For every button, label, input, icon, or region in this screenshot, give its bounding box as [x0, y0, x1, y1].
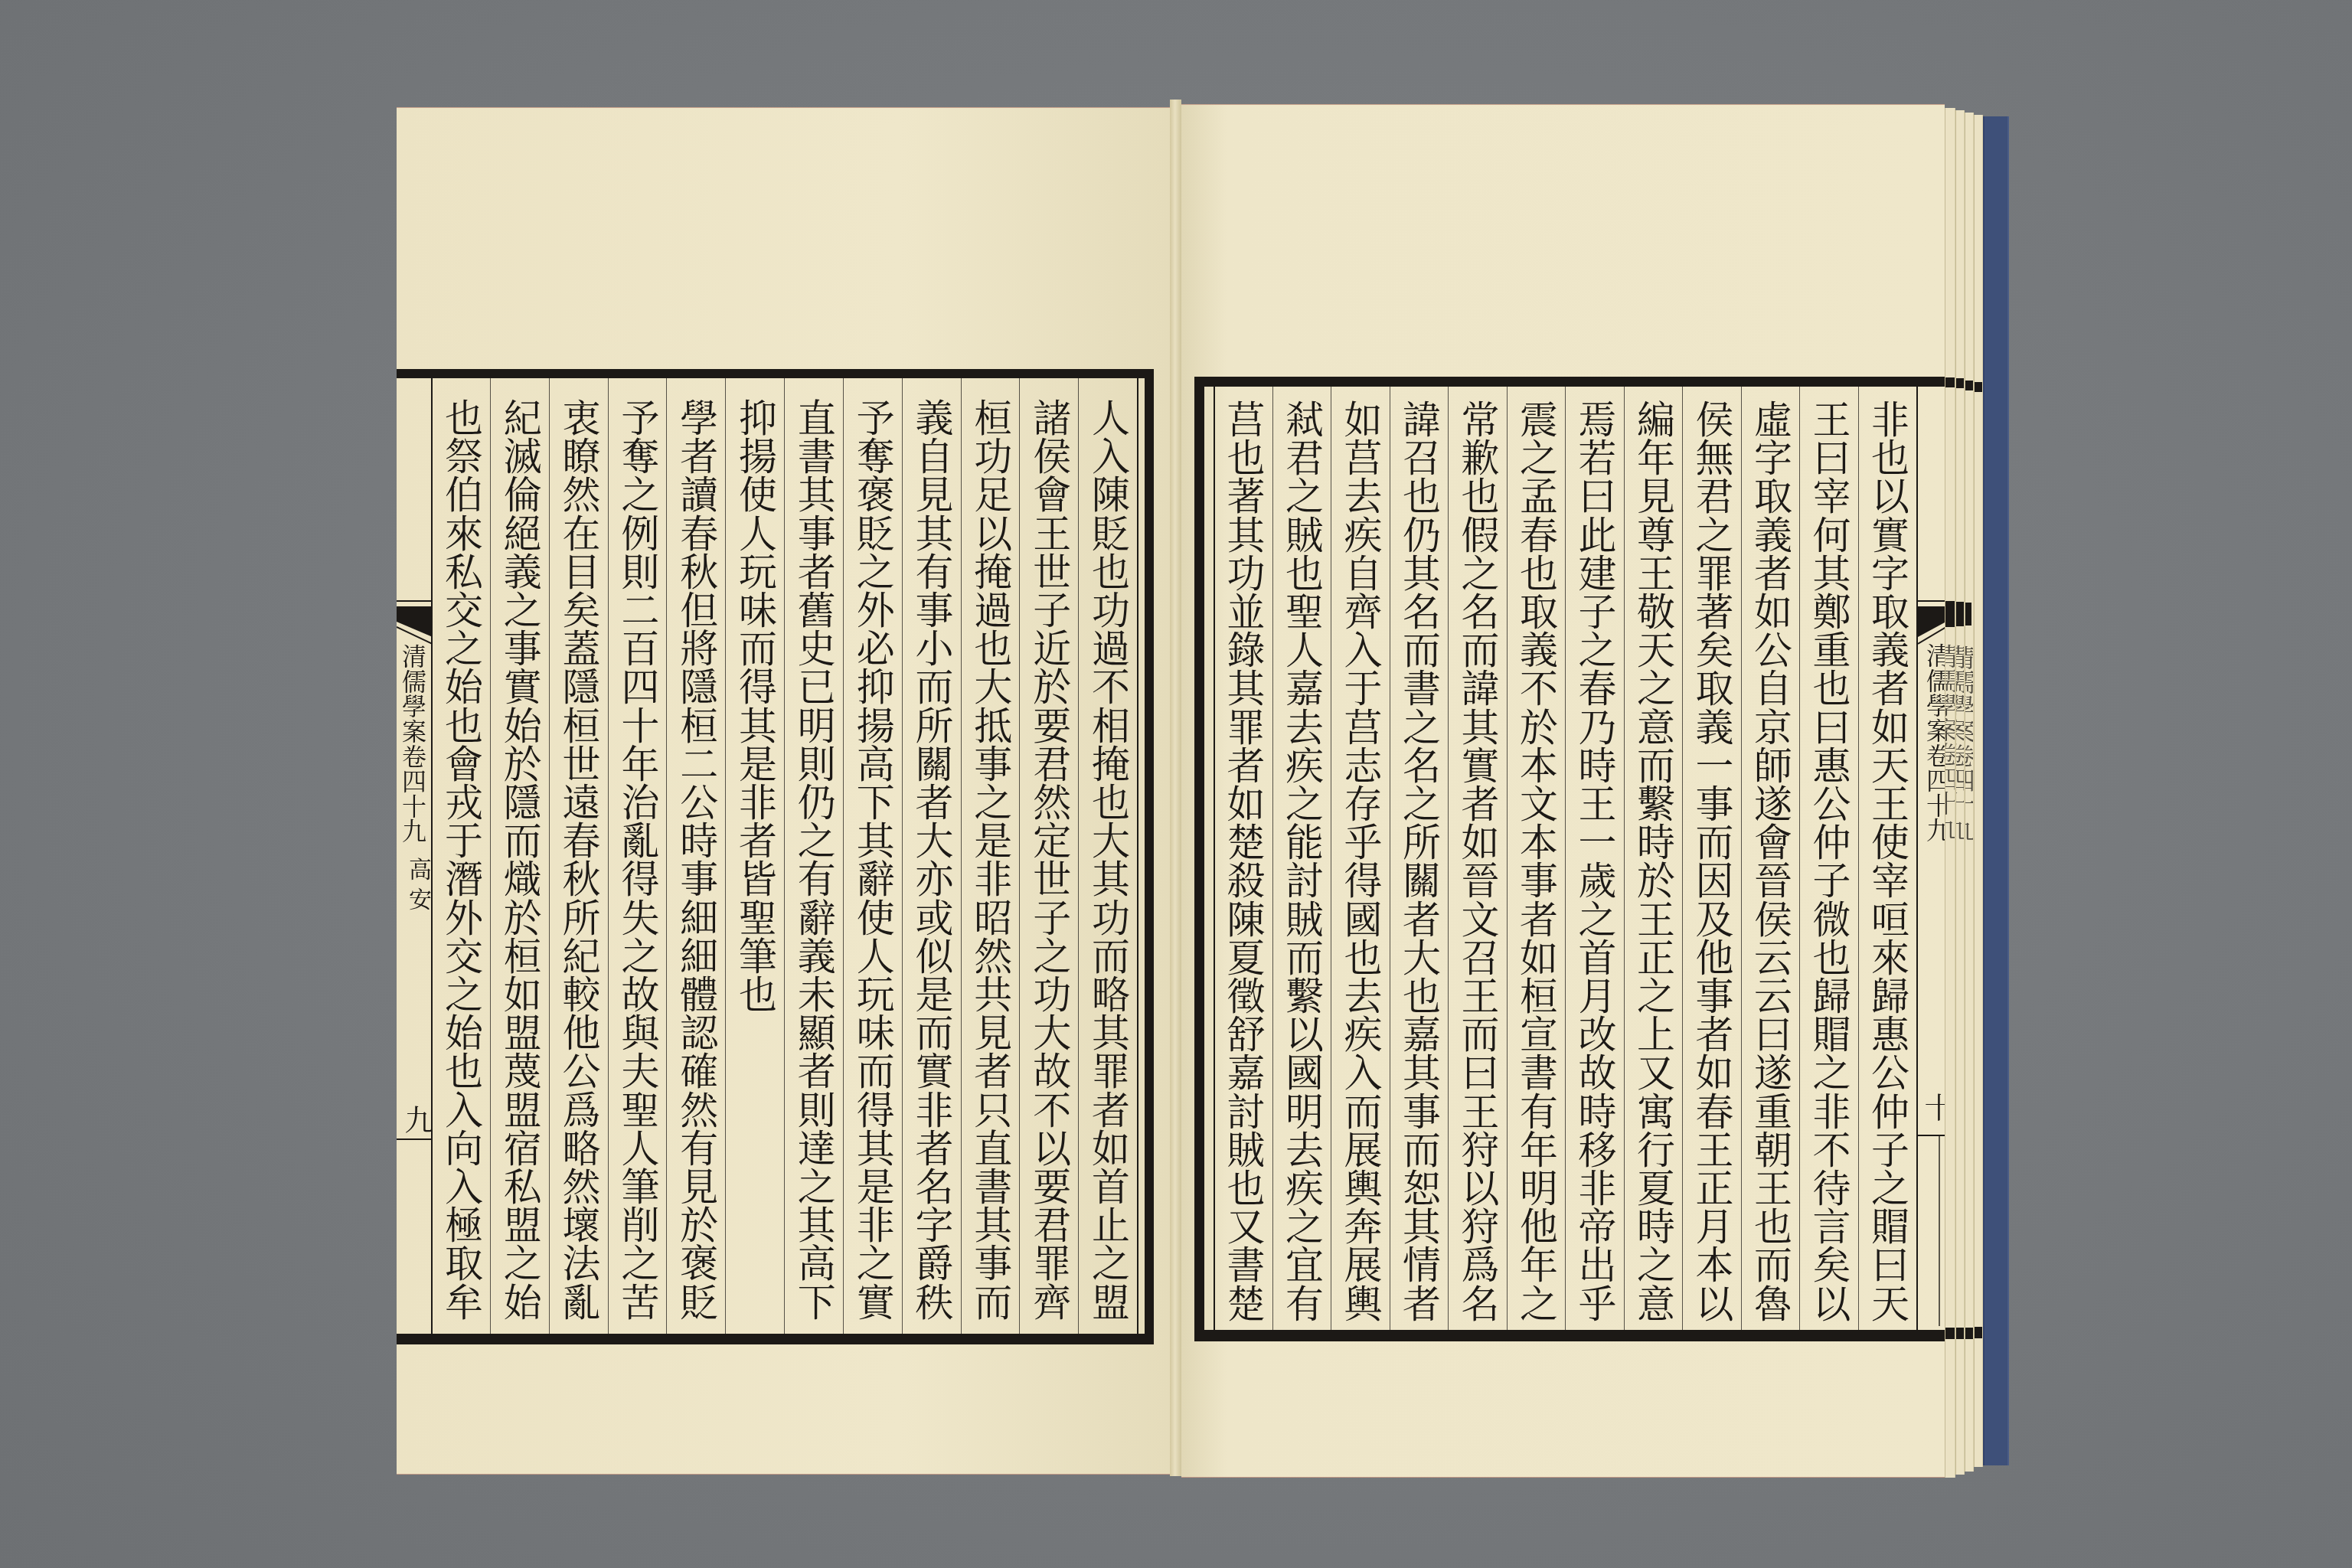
text-column: 抑揚使人玩味而得其是非者皆聖筆也	[725, 378, 784, 1334]
border-stub	[1945, 1328, 1955, 1339]
fore-edge-leaf: 清儒學案卷四十九	[1965, 113, 1974, 1472]
book-gutter	[1170, 100, 1181, 1476]
border-stub	[1975, 1327, 1983, 1338]
text-column: 侯無君之罪著矣取義一事而因及他事者如春王正月本以	[1682, 387, 1741, 1330]
text-column: 非也以實字取義者如天王使宰咺來歸惠公仲子之賵曰天	[1858, 387, 1917, 1330]
text-column: 衷瞭然在目矣蓋隱桓世遠春秋所紀較他公爲略然壞法亂	[549, 378, 608, 1334]
text-column: 王曰宰何其鄭重也曰惠公仲子微也歸賵之非不待言矣以	[1799, 387, 1858, 1330]
border-stub	[1956, 378, 1965, 388]
left-text-block: 清儒學案卷四十九 高安 九 人入陳貶也功過不相掩也大其功而略其罪者如首止之盟 諸…	[397, 369, 1154, 1344]
right-banxin-center-strip: 清儒學案卷四十九 十	[1916, 387, 1945, 1330]
text-column: 編年見尊王敬天之意而繫時於王正之上又寓行夏時之意	[1624, 387, 1683, 1330]
right-text-block: 非也以實字取義者如天王使宰咺來歸惠公仲子之賵曰天 王曰宰何其鄭重也曰惠公仲子微也…	[1194, 377, 1945, 1341]
border-stub	[1975, 382, 1983, 392]
banxin-book-title: 清儒學案卷四十九	[1922, 643, 1945, 843]
banxin-section-name: 高安	[406, 857, 429, 917]
page-number: 九	[401, 1105, 432, 1134]
fishtail-fragment	[1945, 601, 1955, 627]
text-column: 人入陳貶也功過不相掩也大其功而略其罪者如首止之盟	[1078, 378, 1137, 1334]
text-column: 諱召也仍其名而書之名之所關者大也嘉其事而恕其情者	[1390, 387, 1449, 1330]
text-column: 直書其事者舊史已明則仍之有辭義未顯者則達之其高下	[784, 378, 843, 1334]
text-column: 震之孟春也取義不於本文本事者如桓宣書有年明他年之	[1507, 387, 1566, 1330]
text-column: 常歉也假之名而諱其實者如晉文召王而曰王狩以狩爲名	[1448, 387, 1507, 1330]
text-column: 義自見其有事小而所關者大亦或似是而實非者名字爵秩	[902, 378, 961, 1334]
text-column: 如莒去疾自齊入于莒志存乎得國也去疾入而展輿奔展輿	[1331, 387, 1390, 1330]
border-stub	[1945, 377, 1955, 387]
banxin-title-fragment: 清儒學案卷四十九	[1965, 645, 1974, 841]
fore-edge-leaf: 清儒學案卷四十九	[1945, 108, 1955, 1478]
text-column: 桓功足以掩過也大抵事之是非昭然共見者只直書其事而	[961, 378, 1020, 1334]
fishtail-fragment	[1965, 603, 1971, 626]
text-column: 也祭伯來私交之始也會戎于潛外交之始也入向入極取牟	[431, 378, 490, 1334]
text-column: 諸侯會王世子近於要君然定世子之功大故不以要君罪齊	[1019, 378, 1078, 1334]
left-text-columns: 人入陳貶也功過不相掩也大其功而略其罪者如首止之盟 諸侯會王世子近於要君然定世子之…	[433, 378, 1138, 1334]
border-stub	[1965, 1328, 1974, 1339]
banxin-rule	[1918, 1135, 1945, 1136]
book-cover-edge	[1983, 116, 2009, 1465]
banxin-title-fragment: 清儒學案卷四十九	[1955, 645, 1965, 841]
text-column: 紀滅倫絕義之事實始於隱而熾於桓如盟蔑盟宿私盟之始	[490, 378, 549, 1334]
banxin-title-fragment: 清儒學案卷四十九	[1945, 644, 1955, 840]
right-text-columns: 非也以實字取義者如天王使宰咺來歸惠公仲子之賵曰天 王曰宰何其鄭重也曰惠公仲子微也…	[1214, 387, 1916, 1330]
left-banxin-center-strip: 清儒學案卷四十九 高安 九	[397, 378, 433, 1334]
text-column: 學者讀春秋但將隱桓二公時事細細體認確然有見於褒貶	[666, 378, 725, 1334]
border-stub	[1965, 381, 1974, 390]
banxin-rule	[397, 600, 433, 602]
banxin-lower-box	[1939, 1135, 1940, 1326]
text-column: 予奪褒貶之外必抑揚高下其辭使人玩味而得其是非之實	[843, 378, 902, 1334]
text-column: 弒君之賊也聖人嘉去疾之能討賊而繫以國明去疾之宜有	[1272, 387, 1331, 1330]
banxin-rule	[397, 1138, 433, 1140]
fishtail-fragment	[1956, 602, 1964, 626]
fore-edge-leaf: 清儒學案卷四十九	[1955, 110, 1965, 1475]
text-column: 莒也著其功並錄其罪者如楚殺陳夏徵舒嘉討賊也又書楚	[1214, 387, 1272, 1330]
fore-edge-leaf	[1974, 115, 1983, 1467]
text-column: 予奪之例則二百四十年治亂得失之故與夫聖人筆削之苦	[608, 378, 667, 1334]
banxin-rule	[1918, 600, 1945, 602]
banxin-book-title: 清儒學案卷四十九	[398, 644, 427, 844]
page-number: 十	[1921, 1093, 1945, 1122]
text-column: 焉若曰此建子之春乃時王一歲之首月改故時移非帝出乎	[1565, 387, 1624, 1330]
border-stub	[1956, 1328, 1965, 1339]
text-column: 虛字取義者如公自京師遂會晉侯云云曰遂重朝王也而魯	[1741, 387, 1800, 1330]
